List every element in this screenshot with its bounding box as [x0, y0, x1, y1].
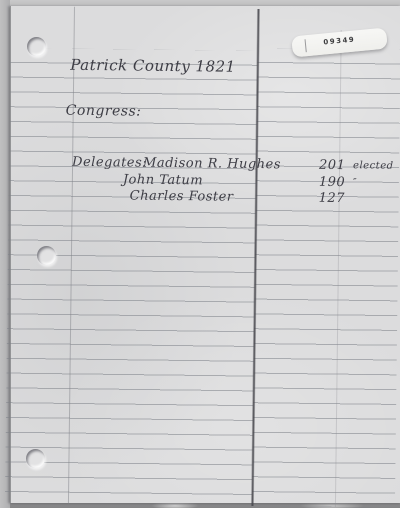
notebook-paper: Patrick County 1821 Congress: Delegates:… [10, 6, 400, 503]
ruled-lines-right [252, 48, 400, 508]
ditto-mark: ″ [353, 177, 357, 188]
delegate-name: Charles Foster [130, 188, 234, 204]
title-text: Patrick County 1821 [70, 56, 236, 76]
punch-hole-middle [37, 246, 56, 265]
delegate-name: Madison R. Hughes [143, 156, 281, 173]
punch-hole-top [27, 37, 46, 56]
vote-count: 201 [319, 158, 346, 173]
scanned-notebook-page: Patrick County 1821 Congress: Delegates:… [0, 0, 400, 508]
vote-count: 127 [319, 190, 346, 205]
section-heading: Congress: [66, 103, 142, 120]
page-content-layer: Patrick County 1821 Congress: Delegates:… [5, 6, 400, 508]
sticker-number: 09349 [292, 32, 387, 49]
vote-note: elected [353, 160, 394, 171]
delegates-label: Delegates: [72, 155, 147, 171]
vote-count: 190 [319, 174, 346, 189]
delegate-name: John Tatum [123, 172, 203, 188]
punch-hole-bottom [26, 449, 45, 468]
